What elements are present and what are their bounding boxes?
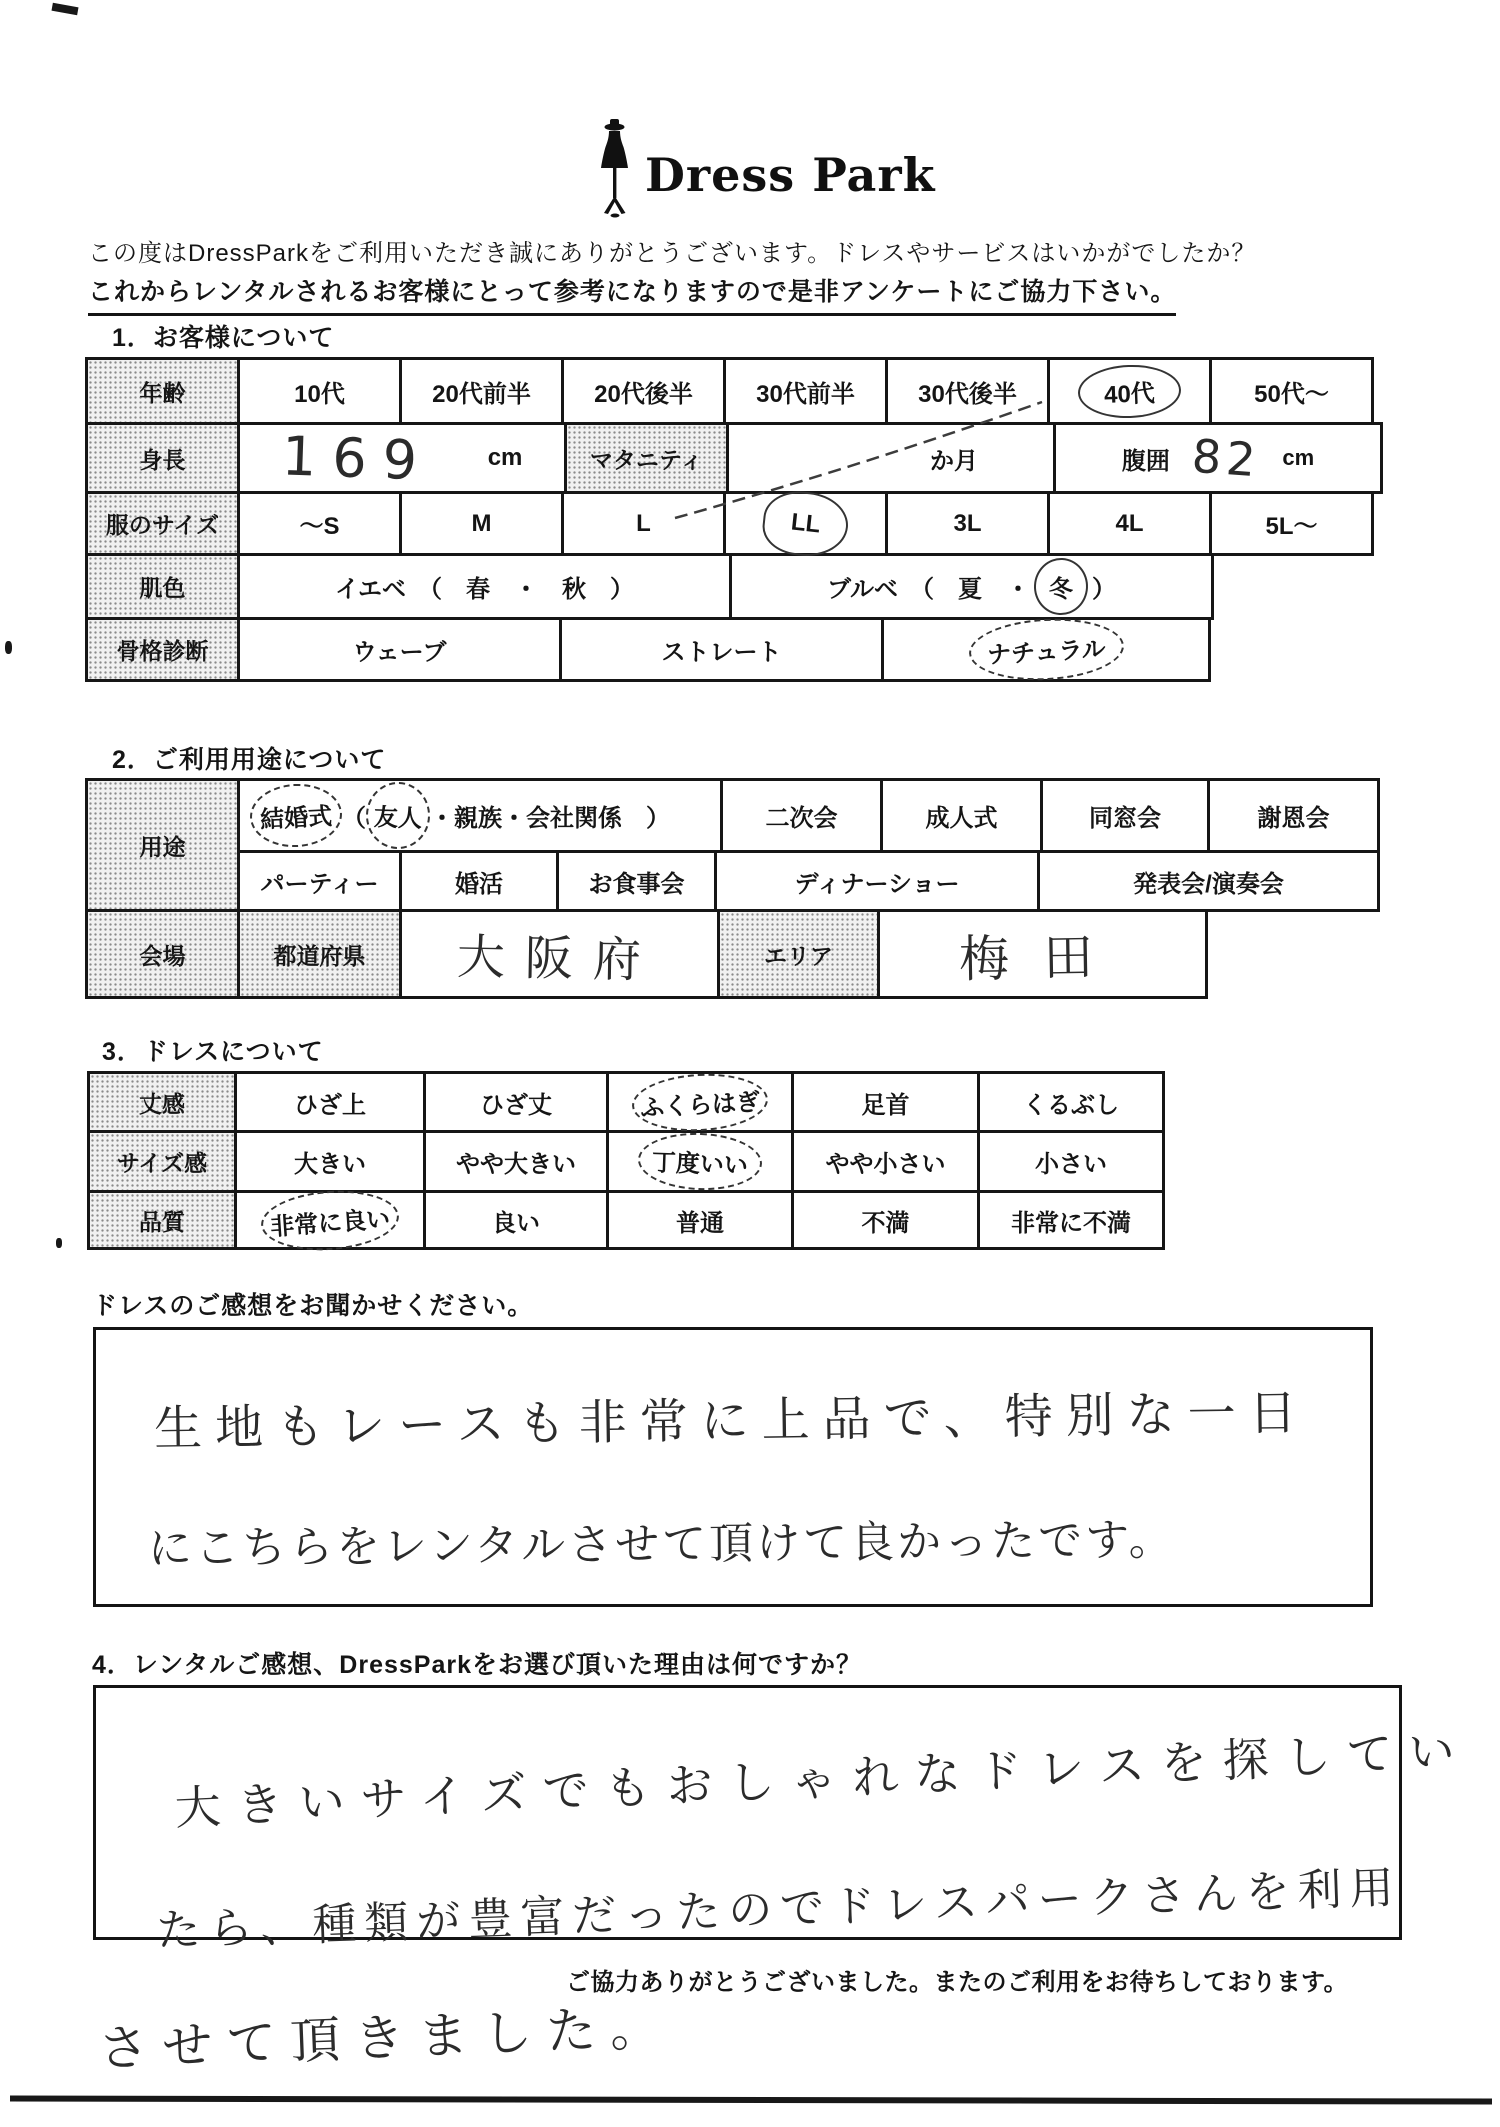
handwritten-reason-line-1: 大きいサイズでもおしゃれなドレスを探してい (173, 1714, 1472, 1839)
length-header: 丈感 (87, 1071, 237, 1133)
size-option-l: L (561, 491, 726, 556)
handwritten-circle-winter: 冬 (1033, 557, 1090, 617)
usage-option-recital: 発表会/演奏会 (1037, 850, 1380, 912)
handwritten-comment-line-2: にこちらをレンタルさせて頂けて良かったです。 (148, 1504, 1176, 1577)
handwritten-circle-natural: ナチュラル (967, 615, 1125, 684)
age-option-late30s: 30代後半 (885, 357, 1050, 425)
usage-table: 用途 結婚式 （ 友人 ・親族・会社関係 ） 二次会 成人式 同窓会 謝恩会 パ… (85, 778, 1380, 999)
height-value-cell: 169 cm (237, 422, 567, 494)
fit-option-slightly-small: やや小さい (791, 1130, 980, 1193)
usage-option-coming-of-age: 成人式 (880, 778, 1043, 853)
venue-header: 会場 (85, 909, 240, 999)
length-row: 丈感 ひざ上 ひざ丈 ふくらはぎ 足首 くるぶし (87, 1071, 1165, 1133)
dress-mannequin-icon (595, 118, 633, 223)
intro-line-2: これからレンタルされるお客様にとって参考になりますので是非アンケートにご協力下さ… (88, 272, 1176, 316)
usage-upper: 用途 結婚式 （ 友人 ・親族・会社関係 ） 二次会 成人式 同窓会 謝恩会 パ… (85, 778, 1380, 912)
section3-title: 3．ドレスについて (102, 1032, 324, 1068)
venue-row: 会場 都道府県 大阪府 エリア 梅田 (85, 909, 1380, 999)
usage-row-1: 結婚式 （ 友人 ・親族・会社関係 ） 二次会 成人式 同窓会 謝恩会 (237, 778, 1380, 853)
usage-option-thanks-party: 謝恩会 (1207, 778, 1380, 853)
scan-artifact (5, 641, 12, 654)
fit-option-large: 大きい (234, 1130, 426, 1193)
quality-option-very-unsatisfied: 非常に不満 (977, 1190, 1165, 1250)
handwritten-circle-calf: ふくらはぎ (631, 1070, 770, 1134)
skin-option-yellow-base: イエベ （ 春 ・ 秋 ） (237, 553, 732, 620)
intro-line-1: この度はDressParkをご利用いただき誠にありがとうございます。ドレスやサー… (88, 233, 1256, 268)
usage-option-reunion: 同窓会 (1040, 778, 1210, 853)
size-option-ll-circled: LL (723, 491, 888, 556)
skin-option-blue-base: ブルベ （ 夏 ・ 冬 ） (729, 553, 1214, 620)
handwritten-circle-40s: 40代 (1077, 363, 1181, 420)
height-header: 身長 (85, 422, 240, 494)
length-option-above-knee: ひざ上 (234, 1071, 426, 1133)
wedding-paren-open: （ (342, 798, 366, 833)
usage-option-party: パーティー (237, 850, 402, 912)
fit-header: サイズ感 (87, 1130, 237, 1193)
usage-header: 用途 (85, 778, 240, 912)
age-option-10s: 10代 (237, 357, 402, 425)
blue-base-close: ） (1092, 569, 1116, 604)
skin-tone-header: 肌色 (85, 553, 240, 620)
age-option-late20s: 20代後半 (561, 357, 726, 425)
height-row: 身長 169 cm マタニティ か月 腹囲 82 cm (85, 422, 1383, 494)
scan-artifact (56, 1238, 62, 1248)
age-row: 年齢 10代 20代前半 20代後半 30代前半 30代後半 40代 50代～ (85, 357, 1383, 425)
length-option-knee: ひざ丈 (423, 1071, 609, 1133)
usage-option-konkatsu: 婚活 (399, 850, 559, 912)
handwritten-reason-line-3: させて頂きました。 (97, 1987, 675, 2081)
waist-cell: 腹囲 82 cm (1053, 422, 1383, 494)
logo: Dress Park (595, 118, 935, 223)
handwritten-waist-value: 82 (1190, 429, 1262, 488)
quality-header: 品質 (87, 1190, 237, 1250)
quality-option-unsatisfied: 不満 (791, 1190, 980, 1250)
age-option-early20s: 20代前半 (399, 357, 564, 425)
questionnaire-scan-page: Dress Park この度はDressParkをご利用いただき誠にありがとうご… (0, 0, 1500, 2127)
fit-option-small: 小さい (977, 1130, 1165, 1193)
length-option-calf-circled: ふくらはぎ (606, 1071, 794, 1133)
wedding-relations: ・親族・会社関係 ） (430, 798, 670, 833)
size-option-m: M (399, 491, 564, 556)
length-option-ankle: 足首 (791, 1071, 980, 1133)
maternity-cell: マタニティ (564, 422, 729, 494)
age-header: 年齢 (85, 357, 240, 425)
handwritten-reason-line-2: たら、種類が豊富だったのでドレスパークさんを利用 (155, 1851, 1402, 1958)
bone-structure-row: 骨格診断 ウェーブ ストレート ナチュラル (85, 617, 1383, 682)
section4-title: 4．レンタルご感想、DressParkをお選び頂いた理由は何ですか？ (92, 1645, 862, 1681)
quality-option-good: 良い (423, 1190, 609, 1250)
usage-option-dinner: お食事会 (556, 850, 717, 912)
fit-row: サイズ感 大きい やや大きい 丁度いい やや小さい 小さい (87, 1130, 1165, 1193)
frame-option-natural-circled: ナチュラル (881, 617, 1211, 682)
length-option-anklebone: くるぶし (977, 1071, 1165, 1133)
clothing-size-header: 服のサイズ (85, 491, 240, 556)
frame-option-straight: ストレート (559, 617, 884, 682)
handwritten-comment-line-1: 生地もレースも非常に上品で、特別な一日 (154, 1374, 1311, 1459)
fit-option-slightly-large: やや大きい (423, 1130, 609, 1193)
reason-comment-box: 大きいサイズでもおしゃれなドレスを探してい たら、種類が豊富だったのでドレスパー… (93, 1685, 1402, 1940)
size-option-4l: 4L (1047, 491, 1212, 556)
waist-label: 腹囲 (1122, 441, 1170, 476)
handwritten-height-value: 169 (281, 424, 434, 492)
frame-option-wave: ウェーブ (237, 617, 562, 682)
size-option-3l: 3L (885, 491, 1050, 556)
brand-name: Dress Park (645, 148, 935, 202)
usage-option-afterparty: 二次会 (720, 778, 883, 853)
waist-unit: cm (1282, 445, 1314, 471)
footer-thanks: ご協力ありがとうございました。またのご利用をお待ちしております。 (566, 1962, 1348, 1997)
handwritten-prefecture: 大阪府 (457, 918, 662, 991)
blue-base-text: ブルベ （ 夏 ・ (827, 569, 1030, 604)
dress-table: 丈感 ひざ上 ひざ丈 ふくらはぎ 足首 くるぶし サイズ感 大きい やや大きい … (87, 1071, 1165, 1250)
dress-comment-box: 生地もレースも非常に上品で、特別な一日 にこちらをレンタルさせて頂けて良かったで… (93, 1327, 1373, 1607)
section2-title: 2．ご利用用途について (112, 740, 386, 776)
handwritten-circle-ll: LL (760, 487, 852, 560)
height-unit: cm (488, 444, 523, 472)
usage-row-2: パーティー 婚活 お食事会 ディナーショー 発表会/演奏会 (237, 850, 1380, 912)
skin-tone-row: 肌色 イエベ （ 春 ・ 秋 ） ブルベ （ 夏 ・ 冬 ） (85, 553, 1383, 620)
handwritten-circle-just-right: 丁度いい (637, 1131, 763, 1192)
usage-options: 結婚式 （ 友人 ・親族・会社関係 ） 二次会 成人式 同窓会 謝恩会 パーティ… (237, 778, 1380, 912)
area-label: エリア (717, 909, 880, 999)
age-option-50s: 50代～ (1209, 357, 1374, 425)
age-option-40s-circled: 40代 (1047, 357, 1212, 425)
section1-title: 1．お客様について (112, 318, 334, 354)
bone-structure-header: 骨格診断 (85, 617, 240, 682)
age-option-early30s: 30代前半 (723, 357, 888, 425)
customer-table: 年齢 10代 20代前半 20代後半 30代前半 30代後半 40代 50代～ … (85, 357, 1383, 682)
scan-artifact (52, 3, 79, 15)
handwritten-area: 梅田 (958, 917, 1127, 992)
quality-option-very-good-circled: 非常に良い (234, 1190, 426, 1250)
size-option-s: ～S (237, 491, 402, 556)
size-option-5l: 5L～ (1209, 491, 1374, 556)
quality-row: 品質 非常に良い 良い 普通 不満 非常に不満 (87, 1190, 1165, 1250)
fit-option-just-right-circled: 丁度いい (606, 1130, 794, 1193)
handwritten-circle-very-good: 非常に良い (259, 1186, 401, 1254)
clothing-size-row: 服のサイズ ～S M L LL 3L 4L 5L～ (85, 491, 1383, 556)
maternity-months-cell: か月 (726, 422, 1056, 494)
usage-option-dinner-show: ディナーショー (714, 850, 1040, 912)
handwritten-circle-friend: 友人 (365, 781, 431, 850)
usage-option-wedding-circled: 結婚式 （ 友人 ・親族・会社関係 ） (237, 778, 723, 853)
prefecture-label: 都道府県 (237, 909, 402, 999)
handwritten-circle-wedding: 結婚式 (248, 782, 343, 850)
quality-option-normal: 普通 (606, 1190, 794, 1250)
area-value-cell: 梅田 (877, 909, 1208, 999)
prefecture-value-cell: 大阪府 (399, 909, 720, 999)
page-bottom-scan-line (10, 2095, 1492, 2104)
dress-comment-label: ドレスのご感想をお聞かせください。 (92, 1286, 533, 1322)
